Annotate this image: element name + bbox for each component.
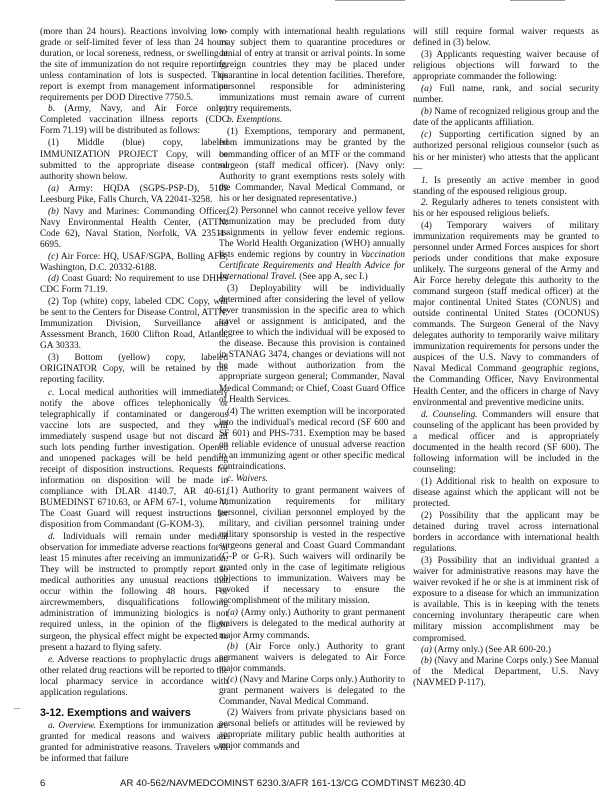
paragraph: (2) Possibility that the applicant may b…	[413, 511, 599, 555]
paragraph: (a) Army: HQDA (SGPS-PSP-D), 5109 Leesbu…	[40, 184, 228, 206]
paragraph: (d) Coast Guard: No requirement to use D…	[40, 274, 228, 296]
section-heading: 3-12. Exemptions and waivers	[40, 707, 228, 719]
document-id: AR 40-562/NAVMEDCOMINST 6230.3/AFR 161-1…	[120, 778, 466, 789]
paragraph: (1) Additional risk to health on exposur…	[413, 477, 599, 510]
paragraph: (a) (Army only.) (See AR 600-20.)	[413, 645, 599, 656]
paragraph: (b) (Air Force only.) Authority to grant…	[219, 642, 405, 675]
paragraph: d. Counseling. Commanders will ensure th…	[413, 410, 599, 476]
paragraph: (2) Waivers from private physicians base…	[219, 708, 405, 752]
paragraph: b. (Army, Navy, and Air Force only.) Com…	[40, 104, 228, 137]
subheading: b. Exemptions.	[219, 115, 405, 126]
top-rule	[510, 0, 565, 1]
paragraph: (3) Applicants requesting waiver because…	[413, 50, 599, 83]
paragraph: (c) Air Force: HQ, USAF/SGPA, Bolling AF…	[40, 252, 228, 274]
paragraph: a. Overview. Exemptions for immunization…	[40, 721, 228, 765]
paragraph: (3) Deployability will be individually d…	[219, 284, 405, 406]
paragraph: (4) The written exemption will be incorp…	[219, 407, 405, 473]
paragraph: will still require formal waiver request…	[413, 27, 599, 49]
paragraph: 1. Is presently an active member in good…	[413, 176, 599, 198]
paragraph: (1) Authority to grant permanent waivers…	[219, 486, 405, 608]
paragraph: (b) Name of recognized religious group a…	[413, 107, 599, 129]
paragraph: e. Adverse reactions to prophylactic dru…	[40, 655, 228, 699]
paragraph: (2) Top (white) copy, labeled CDC Copy, …	[40, 297, 228, 352]
margin-mark	[14, 708, 20, 709]
column-1: (more than 24 hours). Reactions involvin…	[40, 27, 228, 765]
paragraph: (2) Personnel who cannot receive yellow …	[219, 206, 405, 283]
paragraph: 2. Regularly adheres to tenets consisten…	[413, 198, 599, 220]
paragraph: (3) Possibility that an individual grant…	[413, 556, 599, 644]
paragraph: c. Local medical authorities will immedi…	[40, 388, 228, 532]
paragraph: (a) Full name, rank, and social security…	[413, 84, 599, 106]
paragraph: (3) Bottom (yellow) copy, labeled ORIGIN…	[40, 353, 228, 386]
paragraph: (a) (Army only.) Authority to grant perm…	[219, 608, 405, 641]
column-2: to comply with international health regu…	[219, 27, 405, 752]
paragraph: (c) Supporting certification signed by a…	[413, 130, 599, 174]
paragraph: (4) Temporary waivers of military immuni…	[413, 221, 599, 409]
paragraph: (1) Middle (blue) copy, labeled IMMUNIZA…	[40, 138, 228, 182]
paragraph: (b) (Navy and Marine Corps only.) See Ma…	[413, 656, 599, 689]
paragraph: (c) (Navy and Marine Corps only.) Author…	[219, 675, 405, 708]
page-number: 6	[40, 778, 45, 789]
paragraph: (more than 24 hours). Reactions involvin…	[40, 27, 228, 104]
subheading: c. Waivers.	[219, 474, 405, 485]
document-page: (more than 24 hours). Reactions involvin…	[0, 0, 611, 792]
top-rule	[335, 0, 405, 1]
column-3: will still require formal waiver request…	[413, 27, 599, 689]
paragraph: d. Individuals will remain under medical…	[40, 532, 228, 654]
paragraph: (b) Navy and Marines: Commanding Officer…	[40, 207, 228, 251]
paragraph: (1) Exemptions, temporary and permanent,…	[219, 127, 405, 204]
paragraph: to comply with international health regu…	[219, 27, 405, 115]
